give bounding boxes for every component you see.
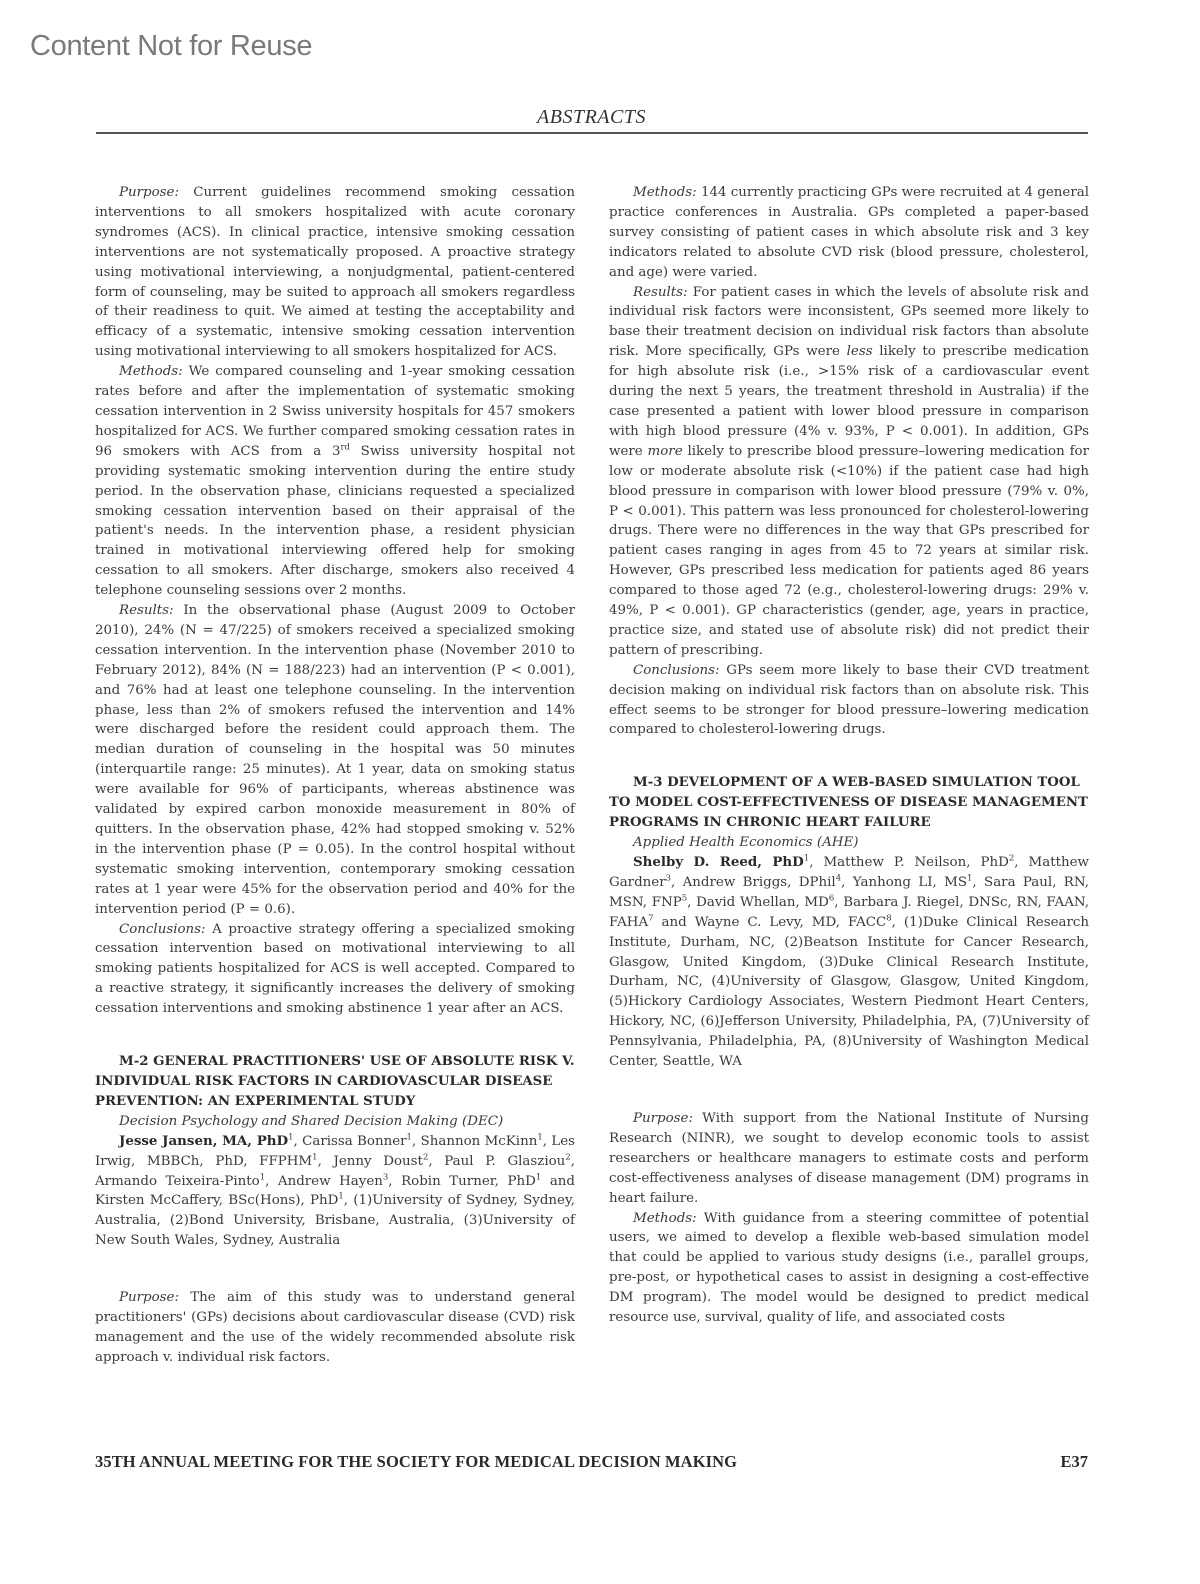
m2-track: Decision Psychology and Shared Decision …	[95, 1112, 575, 1132]
section-label: Results:	[633, 285, 688, 300]
header-rule	[96, 132, 1088, 134]
section-label: Purpose:	[119, 185, 179, 200]
left-column: Purpose: Current guidelines recommend sm…	[95, 183, 575, 1368]
section-label: Methods:	[633, 185, 697, 200]
m2-conclusions-paragraph: Conclusions: GPs seem more likely to bas…	[609, 661, 1089, 741]
section-label: Conclusions:	[119, 922, 206, 937]
section-label: Purpose:	[119, 1290, 179, 1305]
section-label: Conclusions:	[633, 663, 720, 678]
running-head: ABSTRACTS	[95, 106, 1088, 129]
m3-authors: Shelby D. Reed, PhD1, Matthew P. Neilson…	[609, 853, 1089, 1072]
affiliations: , (1)Duke Clinical Research Institute, D…	[609, 915, 1089, 1069]
section-label: Purpose:	[633, 1111, 693, 1126]
m2-purpose-paragraph: Purpose: The aim of this study was to un…	[95, 1288, 575, 1368]
m2-title: M-2 GENERAL PRACTITIONERS' USE OF ABSOLU…	[95, 1052, 575, 1112]
m1-results-paragraph: Results: In the observational phase (Aug…	[95, 601, 575, 920]
page-number: E37	[1060, 1452, 1088, 1472]
m1-conclusions-paragraph: Conclusions: A proactive strategy offeri…	[95, 920, 575, 1020]
section-label: Methods:	[119, 364, 183, 379]
m2-authors: Jesse Jansen, MA, PhD1, Carissa Bonner1,…	[95, 1132, 575, 1251]
m3-track: Applied Health Economics (AHE)	[609, 833, 1089, 853]
presenting-author: Jesse Jansen, MA, PhD	[119, 1133, 288, 1149]
watermark: Content Not for Reuse	[30, 30, 312, 63]
m3-title: M-3 DEVELOPMENT OF A WEB-BASED SIMULATIO…	[609, 773, 1089, 833]
right-column: Methods: 144 currently practicing GPs we…	[609, 183, 1089, 1328]
section-label: Results:	[119, 603, 174, 618]
section-label: Methods:	[633, 1211, 697, 1226]
footer-meeting-title: 35TH ANNUAL MEETING FOR THE SOCIETY FOR …	[95, 1452, 737, 1472]
presenting-author: Shelby D. Reed, PhD	[633, 854, 804, 870]
m1-methods-paragraph: Methods: We compared counseling and 1-ye…	[95, 362, 575, 601]
m3-methods-paragraph: Methods: With guidance from a steering c…	[609, 1209, 1089, 1328]
m2-results-paragraph: Results: For patient cases in which the …	[609, 283, 1089, 661]
m1-purpose-paragraph: Purpose: Current guidelines recommend sm…	[95, 183, 575, 362]
m3-purpose-paragraph: Purpose: With support from the National …	[609, 1109, 1089, 1209]
m2-methods-paragraph: Methods: 144 currently practicing GPs we…	[609, 183, 1089, 283]
